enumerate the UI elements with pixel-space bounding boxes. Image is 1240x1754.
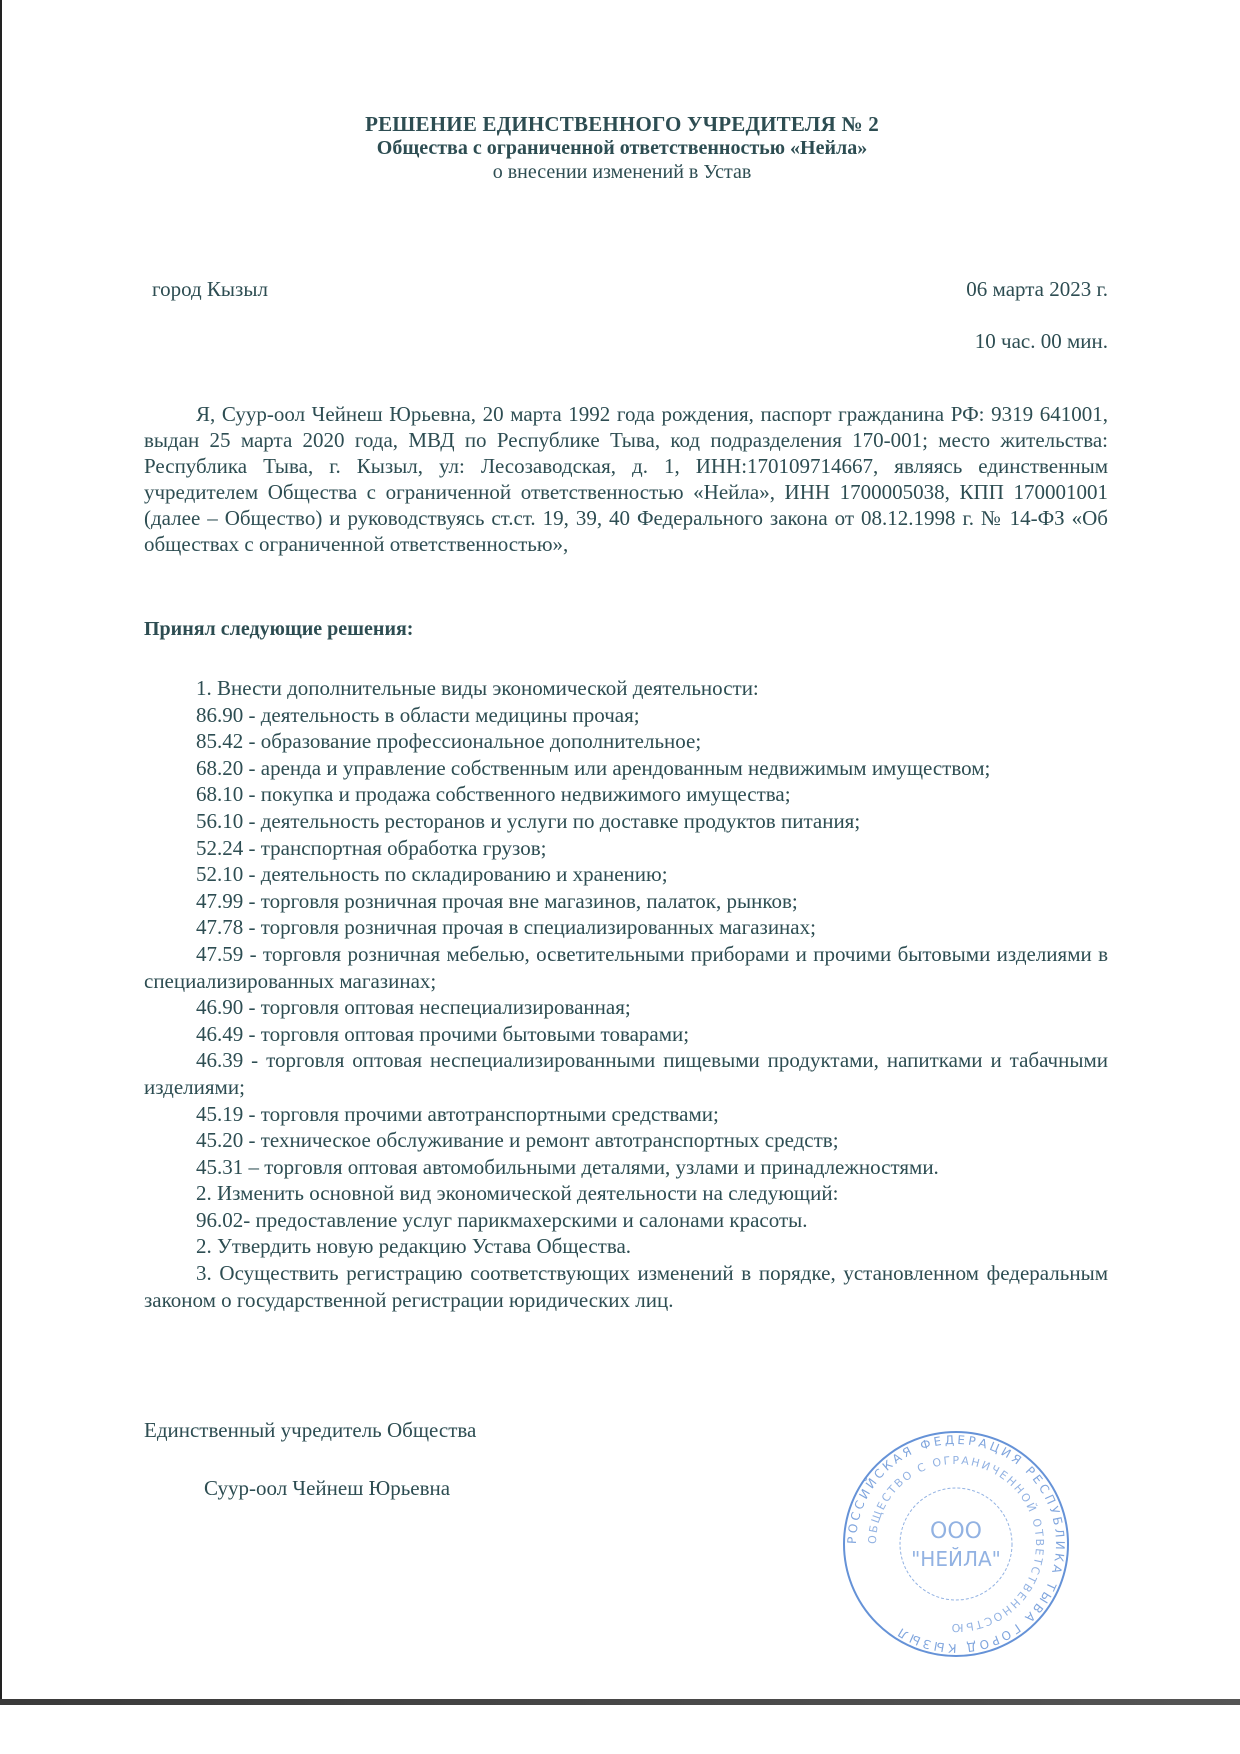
seal-inner-text: ОБЩЕСТВО С ОГРАНИЧЕННОЙ ОТВЕТСТВЕННОСТЬЮ [866,1454,1046,1634]
document-subtitle: Общества с ограниченной ответственностью… [2,136,1240,160]
decision-item: 46.49 - торговля оптовая прочими бытовым… [144,1021,1108,1048]
document-page: РЕШЕНИЕ ЕДИНСТВЕННОГО УЧРЕДИТЕЛЯ № 2 Общ… [0,0,1240,1700]
date: 06 марта 2023 г. [966,276,1108,302]
decision-item: 47.59 - торговля розничная мебелью, осве… [144,941,1108,994]
signer-name: Суур-оол Чейнеш Юрьевна [204,1475,450,1501]
decision-item: 52.10 - деятельность по складированию и … [144,861,1108,888]
decision-item: 2. Изменить основной вид экономической д… [144,1180,1108,1207]
decision-item: 1. Внести дополнительные виды экономичес… [144,675,1108,702]
document-title: РЕШЕНИЕ ЕДИНСТВЕННОГО УЧРЕДИТЕЛЯ № 2 [2,112,1240,136]
scan-edge [0,1699,1240,1705]
seal-center-line2: "НЕЙЛА" [911,1547,1001,1571]
decision-item: 47.99 - торговля розничная прочая вне ма… [144,888,1108,915]
decision-item: 68.20 - аренда и управление собственным … [144,755,1108,782]
decision-item: 56.10 - деятельность ресторанов и услуги… [144,808,1108,835]
decision-item: 2. Утвердить новую редакцию Устава Общес… [144,1233,1108,1260]
document-header: РЕШЕНИЕ ЕДИНСТВЕННОГО УЧРЕДИТЕЛЯ № 2 Общ… [2,112,1240,184]
time: 10 час. 00 мин. [975,328,1108,354]
signer-title: Единственный учредитель Общества [144,1417,476,1443]
company-seal: РОССИЙСКАЯ ФЕДЕРАЦИЯ РЕСПУБЛИКА ТЫВА ГОР… [840,1428,1072,1660]
decision-item: 45.20 - техническое обслуживание и ремон… [144,1127,1108,1154]
decision-heading: Принял следующие решения: [144,616,413,642]
decision-item: 86.90 - деятельность в области медицины … [144,702,1108,729]
seal-icon: РОССИЙСКАЯ ФЕДЕРАЦИЯ РЕСПУБЛИКА ТЫВА ГОР… [840,1428,1072,1660]
seal-center-line1: ООО [930,1519,982,1544]
decision-item: 46.90 - торговля оптовая неспециализиров… [144,994,1108,1021]
city: город Кызыл [152,276,268,302]
decision-item: 96.02- предоставление услуг парикмахерск… [144,1207,1108,1234]
decision-item: 52.24 - транспортная обработка грузов; [144,835,1108,862]
intro-paragraph: Я, Суур-оол Чейнеш Юрьевна, 20 марта 199… [144,401,1108,557]
decision-item: 45.19 - торговля прочими автотранспортны… [144,1101,1108,1128]
document-description: о внесении изменений в Устав [2,160,1240,184]
decision-item: 45.31 – торговля оптовая автомобильными … [144,1154,1108,1181]
decision-item: 47.78 - торговля розничная прочая в спец… [144,914,1108,941]
decision-list: 1. Внести дополнительные виды экономичес… [144,675,1108,1313]
decision-item: 68.10 - покупка и продажа собственного н… [144,781,1108,808]
decision-item: 3. Осуществить регистрацию соответствующ… [144,1260,1108,1313]
svg-text:ОБЩЕСТВО С ОГРАНИЧЕННОЙ ОТВЕТС: ОБЩЕСТВО С ОГРАНИЧЕННОЙ ОТВЕТСТВЕННОСТЬЮ [866,1454,1046,1634]
decision-item: 85.42 - образование профессиональное доп… [144,728,1108,755]
decision-item: 46.39 - торговля оптовая неспециализиров… [144,1047,1108,1100]
